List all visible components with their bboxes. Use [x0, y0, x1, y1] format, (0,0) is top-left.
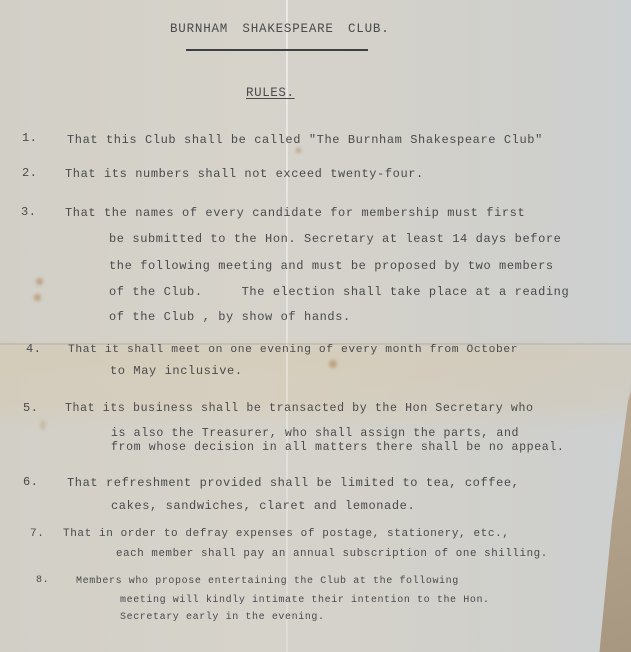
- rule-number: 2.: [22, 166, 38, 180]
- rule-line: be submitted to the Hon. Secretary at le…: [109, 232, 561, 246]
- rule-line: That in order to defray expenses of post…: [63, 528, 509, 540]
- rule-line: That the names of every candidate for me…: [65, 206, 525, 220]
- rule-line: That its business shall be transacted by…: [65, 402, 534, 415]
- rule-number: 3.: [21, 205, 37, 219]
- rule-number: 5.: [23, 401, 39, 415]
- rule-line: Secretary early in the evening.: [120, 612, 325, 623]
- rule-line: from whose decision in all matters there…: [111, 441, 564, 454]
- rules-heading: RULES.: [246, 86, 295, 100]
- document-title: BURNHAM SHAKESPEARE CLUB.: [170, 22, 390, 36]
- rule-line: is also the Treasurer, who shall assign …: [111, 427, 519, 440]
- rule-line: of the Club. The election shall take pla…: [109, 285, 569, 299]
- typed-document: BURNHAM SHAKESPEARE CLUB. RULES. 1. That…: [0, 0, 631, 652]
- rule-line: of the Club , by show of hands.: [109, 310, 351, 324]
- rule-line: meeting will kindly intimate their inten…: [120, 595, 490, 606]
- rule-line: each member shall pay an annual subscrip…: [116, 548, 548, 560]
- title-underline: [186, 49, 368, 51]
- rule-line: That it shall meet on one evening of eve…: [68, 344, 518, 356]
- rule-line: That this Club shall be called "The Burn…: [67, 133, 543, 147]
- rule-line: the following meeting and must be propos…: [109, 259, 554, 273]
- rule-line: That its numbers shall not exceed twenty…: [65, 167, 424, 181]
- rule-line: to May inclusive.: [110, 364, 243, 378]
- rule-line: That refreshment provided shall be limit…: [67, 476, 519, 490]
- rule-number: 8.: [36, 575, 49, 586]
- rule-line: Members who propose entertaining the Clu…: [76, 576, 459, 587]
- rule-line: cakes, sandwiches, claret and lemonade.: [111, 499, 415, 513]
- rule-number: 6.: [23, 475, 39, 489]
- rule-number: 7.: [30, 528, 44, 540]
- rule-number: 4.: [26, 342, 42, 356]
- rule-number: 1.: [22, 131, 38, 145]
